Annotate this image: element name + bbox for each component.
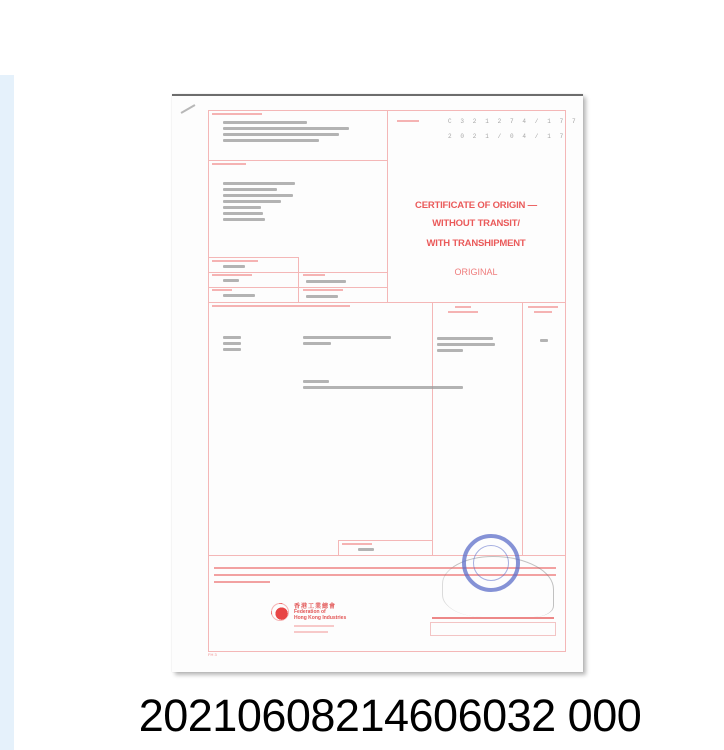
- exporter-line: [223, 127, 349, 130]
- file-explorer-view: C 3 2 1 2 7 4 / 1 7 7 1 2 0 2 1 / 0 4 / …: [0, 0, 724, 750]
- certificate-title-line-3: WITH TRANSHIPMENT: [387, 238, 565, 249]
- field-label: [303, 289, 343, 291]
- signature-box: [430, 622, 556, 636]
- certification-text: [214, 581, 270, 583]
- goods-line: [303, 336, 391, 339]
- issuer-subtext: [294, 625, 334, 627]
- origin-line: [437, 337, 493, 340]
- field-label: [212, 305, 350, 307]
- certificate-number: C 3 2 1 2 7 4 / 1 7 7 1: [448, 118, 583, 125]
- origin-line: [437, 343, 495, 346]
- exporter-line: [223, 133, 339, 136]
- goods-line: [303, 342, 331, 345]
- field-value: [306, 280, 346, 283]
- divider: [338, 540, 339, 555]
- consignee-line: [223, 182, 295, 185]
- selection-strip: [0, 75, 14, 750]
- field-label: [303, 274, 325, 276]
- form-code: FH 3: [208, 652, 217, 657]
- divider: [208, 302, 566, 303]
- field-value: [223, 279, 239, 282]
- field-value: [223, 265, 245, 268]
- certificate-title-line-1: CERTIFICATE OF ORIGIN —: [387, 200, 565, 211]
- consignee-line: [223, 188, 277, 191]
- consignee-line: [223, 218, 265, 221]
- issuer-subtext: [294, 631, 328, 633]
- field-label: [212, 163, 246, 165]
- marks-line: [223, 342, 241, 345]
- total-line: [303, 380, 329, 383]
- exporter-line: [223, 139, 319, 142]
- official-stamp: [462, 534, 520, 592]
- field-value: [306, 295, 338, 298]
- certificate-document: C 3 2 1 2 7 4 / 1 7 7 1 2 0 2 1 / 0 4 / …: [172, 96, 583, 672]
- field-value: [358, 548, 374, 551]
- divider: [208, 287, 387, 288]
- stamp-inner-ring: [473, 545, 509, 581]
- field-label: [455, 306, 471, 308]
- divider: [522, 302, 523, 555]
- field-label: [397, 120, 419, 122]
- field-label: [342, 543, 372, 545]
- file-name-label[interactable]: 20210608214606032 000: [0, 688, 724, 744]
- field-label: [534, 311, 552, 313]
- pencil-mark: [181, 104, 196, 114]
- divider: [208, 257, 298, 258]
- field-label: [448, 311, 478, 313]
- field-value: [223, 294, 255, 297]
- divider: [432, 302, 433, 555]
- divider: [298, 257, 299, 302]
- divider: [208, 272, 387, 273]
- certificate-date: 2 0 2 1 / 0 4 / 1 7: [448, 133, 566, 140]
- total-line: [303, 386, 463, 389]
- consignee-line: [223, 206, 261, 209]
- issuer-name-line-2: Hong Kong Industries: [294, 615, 346, 621]
- divider: [208, 160, 387, 161]
- fhki-logo-icon: [271, 603, 289, 621]
- consignee-line: [223, 212, 263, 215]
- signature-caption: [432, 617, 554, 619]
- copy-label: ORIGINAL: [387, 267, 565, 277]
- field-label: [528, 306, 558, 308]
- marks-line: [223, 336, 241, 339]
- field-label: [212, 113, 262, 115]
- divider: [338, 540, 432, 541]
- exporter-line: [223, 121, 307, 124]
- certificate-title-line-2: WITHOUT TRANSIT/: [387, 218, 565, 229]
- field-label: [212, 274, 252, 276]
- marks-line: [223, 348, 241, 351]
- document-thumbnail[interactable]: C 3 2 1 2 7 4 / 1 7 7 1 2 0 2 1 / 0 4 / …: [172, 94, 583, 672]
- field-label: [212, 289, 232, 291]
- field-label: [212, 260, 258, 262]
- consignee-line: [223, 194, 293, 197]
- origin-line: [437, 349, 463, 352]
- quantity-value: [540, 339, 548, 342]
- consignee-line: [223, 200, 281, 203]
